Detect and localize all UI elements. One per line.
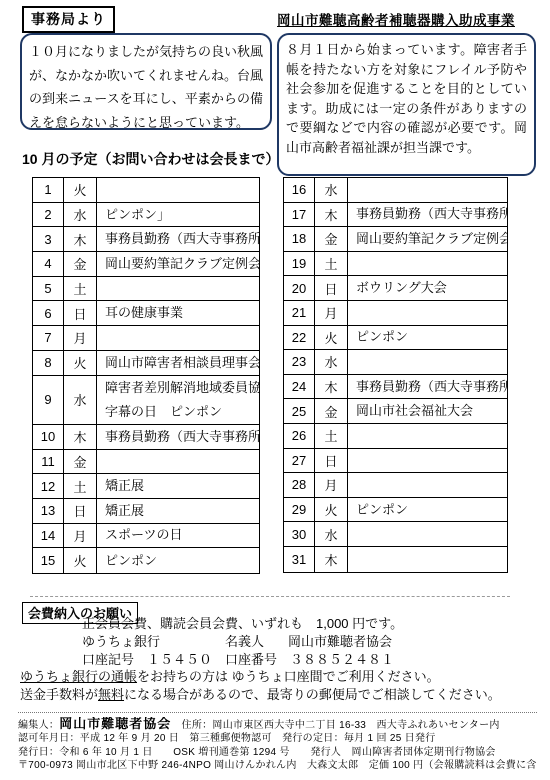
day-number-cell: 2 <box>33 203 64 227</box>
weekday-cell-text: 土 <box>73 279 86 298</box>
fees-section: 正会員会費、購読会員会費、いずれも 1,000 円です。 ゆうちょ銀行 名義人 … <box>20 615 536 704</box>
weekday-cell-text: 水 <box>73 205 86 224</box>
event-cell: 事務員勤務（西大寺事務所） <box>348 203 507 227</box>
event-cell <box>97 450 259 474</box>
separator-line <box>30 596 510 597</box>
weekday-cell-text: 火 <box>324 500 337 519</box>
event-cell-text: ピンポン <box>356 498 507 522</box>
account-number: 口座番号 ３８８５２４８１ <box>225 651 394 669</box>
event-cell: 矯正展 <box>97 499 259 523</box>
weekday-cell-text: 土 <box>73 477 86 496</box>
day-number-cell: 20 <box>284 276 315 300</box>
weekday-cell-text: 水 <box>324 525 337 544</box>
aid-note-text: ８月１日から始まっています。障害者手帳を持たない方を対象にフレイル予防や社会参加… <box>286 42 527 155</box>
day-number-cell: 22 <box>284 326 315 350</box>
weekday-cell: 月 <box>64 326 97 350</box>
schedule-row: 1火 <box>33 178 259 203</box>
weekday-cell: 火 <box>64 178 97 202</box>
day-number-cell-text: 26 <box>292 428 306 443</box>
newsletter-page: 事務局より 岡山市難聴高齢者補聴器購入助成事業 １０月になりましたが気持ちの良い… <box>0 0 550 780</box>
day-number-cell: 16 <box>284 178 315 202</box>
day-number-cell-text: 10 <box>41 429 55 444</box>
fees-note1-line: ゆうちょ銀行の通帳をお持ちの方は ゆうちょ口座間でご利用ください。 <box>20 668 536 686</box>
schedule-row: 11金 <box>33 450 259 475</box>
weekday-cell-text: 月 <box>324 475 337 494</box>
weekday-cell: 木 <box>315 547 348 572</box>
weekday-cell: 水 <box>64 376 97 424</box>
fees-note2-line: 送金手数料が無料になる場合があるので、最寄りの郵便局でご相談してください。 <box>20 686 536 704</box>
event-cell <box>97 326 259 350</box>
event-cell-text: 岡山要約筆記クラブ定例会 <box>356 227 507 251</box>
event-cell <box>348 424 507 448</box>
event-cell <box>348 522 507 546</box>
weekday-cell: 木 <box>64 227 97 251</box>
day-number-cell-text: 23 <box>292 354 306 369</box>
weekday-cell-text: 金 <box>324 229 337 248</box>
schedule-row: 23水 <box>284 350 507 375</box>
weekday-cell-text: 金 <box>324 402 337 421</box>
schedule-table-right: 16水17木事務員勤務（西大寺事務所）18金岡山要約筆記クラブ定例会19土20日… <box>283 177 508 573</box>
event-cell: 耳の健康事業 <box>97 301 259 325</box>
day-number-cell-text: 22 <box>292 330 306 345</box>
schedule-row: 22火ピンポン <box>284 326 507 351</box>
day-number-cell-text: 24 <box>292 379 306 394</box>
weekday-cell: 土 <box>64 277 97 301</box>
schedule-row: 27日 <box>284 449 507 474</box>
day-number-cell-text: 6 <box>44 306 51 321</box>
footer-line-publisher: 〒700-0973 岡山市北区下中野 246-4NPO 岡山けんかれん内 大森文… <box>18 759 537 772</box>
day-number-cell-text: 8 <box>44 355 51 370</box>
schedule-row: 3木事務員勤務（西大寺事務所） <box>33 227 259 252</box>
event-cell: ピンポン <box>348 498 507 522</box>
event-cell-text: 矯正展 <box>105 499 259 523</box>
day-number-cell-text: 16 <box>292 182 306 197</box>
schedule-row: 19土 <box>284 252 507 277</box>
day-number-cell-text: 21 <box>292 305 306 320</box>
day-number-cell: 3 <box>33 227 64 251</box>
event-cell <box>97 178 259 202</box>
weekday-cell-text: 月 <box>73 328 86 347</box>
weekday-cell-text: 金 <box>73 254 86 273</box>
weekday-cell-text: 土 <box>324 254 337 273</box>
schedule-row: 20日ボウリング大会 <box>284 276 507 301</box>
day-number-cell: 5 <box>33 277 64 301</box>
schedule-row: 26土 <box>284 424 507 449</box>
day-number-cell-text: 27 <box>292 453 306 468</box>
day-number-cell-text: 9 <box>44 392 51 407</box>
event-cell-line2: 字幕の日 ピンポン <box>105 400 259 424</box>
weekday-cell: 金 <box>315 227 348 251</box>
weekday-cell-text: 木 <box>73 427 86 446</box>
event-cell-text: 岡山市社会福祉大会 <box>356 399 507 423</box>
weekday-cell: 水 <box>64 203 97 227</box>
weekday-cell: 水 <box>315 522 348 546</box>
schedule-row: 31木 <box>284 547 507 572</box>
fees-note1-rest: をお持ちの方は ゆうちょ口座間でご利用ください。 <box>137 669 440 684</box>
schedule-title: 10 月の予定（お問い合わせは会長まで） <box>22 149 279 169</box>
aid-note-box: ８月１日から始まっています。障害者手帳を持たない方を対象にフレイル予防や社会参加… <box>277 33 536 176</box>
day-number-cell-text: 18 <box>292 231 306 246</box>
day-number-cell: 7 <box>33 326 64 350</box>
editor-name: 岡山市難聴者協会 <box>59 717 171 731</box>
bank-name: ゆうちょ銀行 <box>82 633 160 651</box>
day-number-cell: 23 <box>284 350 315 374</box>
fees-note2-pre: 送金手数料が <box>20 687 98 702</box>
fees-note1: ゆうちょ銀行の通帳をお持ちの方は ゆうちょ口座間でご利用ください。 <box>20 668 440 686</box>
day-number-cell: 13 <box>33 499 64 523</box>
event-cell-text: ピンポン」 <box>105 203 259 227</box>
event-cell: ピンポン <box>97 548 259 573</box>
event-cell: スポーツの日 <box>97 524 259 548</box>
event-cell-text: 事務員勤務（西大寺事務所） <box>105 227 259 251</box>
fees-bank-line: ゆうちょ銀行 名義人 岡山市難聴者協会 <box>20 633 536 651</box>
event-cell: 岡山要約筆記クラブ定例会 <box>348 227 507 251</box>
day-number-cell: 27 <box>284 449 315 473</box>
event-cell <box>348 178 507 202</box>
schedule-row: 28月 <box>284 473 507 498</box>
day-number-cell: 17 <box>284 203 315 227</box>
event-cell: 障害者差別解消地域委員協議会字幕の日 ピンポン <box>97 376 259 424</box>
day-number-cell-text: 31 <box>292 552 306 567</box>
editor-label: 編集人： <box>18 720 59 731</box>
day-number-cell-text: 25 <box>292 404 306 419</box>
day-number-cell-text: 4 <box>44 256 51 271</box>
fees-note2-underlined: 無料 <box>98 687 124 702</box>
weekday-cell-text: 土 <box>324 426 337 445</box>
day-number-cell-text: 19 <box>292 256 306 271</box>
weekday-cell-text: 水 <box>73 390 86 409</box>
weekday-cell: 日 <box>315 449 348 473</box>
account-symbol: 口座記号 １５４５０ <box>82 651 212 669</box>
footer-colophon: 編集人：岡山市難聴者協会 住所：岡山市東区西大寺中二丁目 16-33 西大寺ふれ… <box>18 717 537 773</box>
event-cell-text: スポーツの日 <box>105 524 259 548</box>
event-cell-text: 事務員勤務（西大寺事務所） <box>105 425 259 449</box>
weekday-cell: 土 <box>315 424 348 448</box>
event-cell: ピンポン <box>348 326 507 350</box>
weekday-cell: 火 <box>315 326 348 350</box>
weekday-cell-text: 日 <box>324 279 337 298</box>
day-number-cell: 19 <box>284 252 315 276</box>
schedule-row: 13日矯正展 <box>33 499 259 524</box>
event-cell: 岡山市社会福祉大会 <box>348 399 507 423</box>
fees-amount-line: 正会員会費、購読会員会費、いずれも 1,000 円です。 <box>20 615 536 633</box>
schedule-row: 17木事務員勤務（西大寺事務所） <box>284 203 507 228</box>
day-number-cell-text: 17 <box>292 207 306 222</box>
weekday-cell-text: 日 <box>73 501 86 520</box>
day-number-cell: 25 <box>284 399 315 423</box>
weekday-cell: 火 <box>64 548 97 573</box>
event-cell: 事務員勤務（西大寺事務所） <box>97 227 259 251</box>
office-note-text: １０月になりましたが気持ちの良い秋風が、なかなか吹いてくれませんね。台風の到来ニ… <box>29 44 263 130</box>
event-cell <box>348 301 507 325</box>
office-note-box: １０月になりましたが気持ちの良い秋風が、なかなか吹いてくれませんね。台風の到来ニ… <box>20 33 272 130</box>
schedule-row: 25金岡山市社会福祉大会 <box>284 399 507 424</box>
day-number-cell: 4 <box>33 252 64 276</box>
schedule-row: 21月 <box>284 301 507 326</box>
day-number-cell: 30 <box>284 522 315 546</box>
day-number-cell-text: 30 <box>292 527 306 542</box>
day-number-cell: 12 <box>33 474 64 498</box>
weekday-cell: 月 <box>64 524 97 548</box>
weekday-cell: 木 <box>315 203 348 227</box>
day-number-cell: 28 <box>284 473 315 497</box>
day-number-cell-text: 1 <box>44 182 51 197</box>
event-cell: 岡山市障害者相談員理事会 <box>97 351 259 375</box>
event-cell-text: 岡山要約筆記クラブ定例会 <box>105 252 259 276</box>
event-cell: 事務員勤務（西大寺事務所） <box>348 375 507 399</box>
footer-line-editor: 編集人：岡山市難聴者協会 住所：岡山市東区西大寺中二丁目 16-33 西大寺ふれ… <box>18 717 537 732</box>
weekday-cell: 木 <box>64 425 97 449</box>
weekday-cell: 金 <box>315 399 348 423</box>
footer-separator-line <box>18 712 537 713</box>
weekday-cell: 金 <box>64 252 97 276</box>
day-number-cell: 26 <box>284 424 315 448</box>
schedule-row: 4金岡山要約筆記クラブ定例会 <box>33 252 259 277</box>
schedule-row: 6日耳の健康事業 <box>33 301 259 326</box>
event-cell-text: 耳の健康事業 <box>105 301 259 325</box>
day-number-cell-text: 3 <box>44 232 51 247</box>
weekday-cell: 水 <box>315 350 348 374</box>
weekday-cell-text: 木 <box>324 205 337 224</box>
day-number-cell-text: 14 <box>41 528 55 543</box>
day-number-cell-text: 5 <box>44 281 51 296</box>
weekday-cell: 水 <box>315 178 348 202</box>
event-cell-text: ピンポン <box>105 549 259 573</box>
weekday-cell-text: 日 <box>324 451 337 470</box>
weekday-cell-text: 日 <box>73 304 86 323</box>
event-cell <box>348 449 507 473</box>
day-number-cell: 11 <box>33 450 64 474</box>
day-number-cell-text: 7 <box>44 330 51 345</box>
schedule-row: 5土 <box>33 277 259 302</box>
event-cell-text: 事務員勤務（西大寺事務所） <box>356 203 507 227</box>
fees-amount-text: 正会員会費、購読会員会費、いずれも 1,000 円です。 <box>82 615 403 633</box>
schedule-row: 30水 <box>284 522 507 547</box>
weekday-cell: 日 <box>64 499 97 523</box>
event-cell-text: ボウリング大会 <box>356 276 507 300</box>
weekday-cell-text: 木 <box>324 377 337 396</box>
fees-note2-rest: になる場合があるので、最寄りの郵便局でご相談してください。 <box>124 687 501 702</box>
weekday-cell: 月 <box>315 473 348 497</box>
day-number-cell-text: 28 <box>292 477 306 492</box>
day-number-cell: 18 <box>284 227 315 251</box>
weekday-cell-text: 火 <box>73 180 86 199</box>
holder-name: 岡山市難聴者協会 <box>288 633 392 651</box>
schedule-row: 24木事務員勤務（西大寺事務所） <box>284 375 507 400</box>
weekday-cell-text: 火 <box>73 551 86 570</box>
schedule-row: 8火岡山市障害者相談員理事会 <box>33 351 259 376</box>
day-number-cell-text: 29 <box>292 502 306 517</box>
day-number-cell: 21 <box>284 301 315 325</box>
event-cell <box>348 252 507 276</box>
weekday-cell: 土 <box>315 252 348 276</box>
footer-line-issue: 発行日：令和 6 年 10 月 1 日 OSK 増刊通巻第 1294 号 発行人… <box>18 746 537 759</box>
weekday-cell: 木 <box>315 375 348 399</box>
event-cell-text: ピンポン <box>356 326 507 350</box>
weekday-cell: 火 <box>64 351 97 375</box>
office-section-label: 事務局より <box>22 6 115 33</box>
day-number-cell-text: 12 <box>41 479 55 494</box>
footer-line-approval: 認可年月日：平成 12 年 9 月 20 日 第三種郵便物認可 発行の定日：毎月… <box>18 732 537 745</box>
weekday-cell: 月 <box>315 301 348 325</box>
event-cell: ボウリング大会 <box>348 276 507 300</box>
aid-program-title: 岡山市難聴高齢者補聴器購入助成事業 <box>277 9 515 29</box>
weekday-cell-text: 水 <box>324 352 337 371</box>
weekday-cell-text: 火 <box>324 328 337 347</box>
schedule-row: 18金岡山要約筆記クラブ定例会 <box>284 227 507 252</box>
day-number-cell: 14 <box>33 524 64 548</box>
day-number-cell: 15 <box>33 548 64 573</box>
day-number-cell-text: 13 <box>41 503 55 518</box>
schedule-row: 16水 <box>284 178 507 203</box>
day-number-cell-text: 20 <box>292 281 306 296</box>
weekday-cell: 火 <box>315 498 348 522</box>
weekday-cell-text: 金 <box>73 452 86 471</box>
event-cell <box>348 350 507 374</box>
day-number-cell: 31 <box>284 547 315 572</box>
event-cell-text: 矯正展 <box>105 474 259 498</box>
event-cell-text: 岡山市障害者相談員理事会 <box>105 351 259 375</box>
fees-account-line: 口座記号 １５４５０ 口座番号 ３８８５２４８１ <box>20 651 536 669</box>
weekday-cell-text: 水 <box>324 180 337 199</box>
holder-label: 名義人 <box>225 633 264 651</box>
event-cell <box>97 277 259 301</box>
day-number-cell: 29 <box>284 498 315 522</box>
weekday-cell: 金 <box>64 450 97 474</box>
day-number-cell-text: 11 <box>41 454 55 469</box>
day-number-cell: 9 <box>33 376 64 424</box>
event-cell-text: 事務員勤務（西大寺事務所） <box>356 375 507 399</box>
fees-note2: 送金手数料が無料になる場合があるので、最寄りの郵便局でご相談してください。 <box>20 686 501 704</box>
schedule-row: 9水障害者差別解消地域委員協議会字幕の日 ピンポン <box>33 376 259 425</box>
event-cell <box>348 547 507 572</box>
event-cell: 矯正展 <box>97 474 259 498</box>
schedule-row: 15火ピンポン <box>33 548 259 573</box>
schedule-row: 12土矯正展 <box>33 474 259 499</box>
weekday-cell: 日 <box>64 301 97 325</box>
weekday-cell-text: 木 <box>73 230 86 249</box>
weekday-cell: 土 <box>64 474 97 498</box>
footer-address: 住所：岡山市東区西大寺中二丁目 16-33 西大寺ふれあいセンター内 <box>171 720 499 731</box>
schedule-row: 29火ピンポン <box>284 498 507 523</box>
schedule-row: 10木事務員勤務（西大寺事務所） <box>33 425 259 450</box>
day-number-cell: 24 <box>284 375 315 399</box>
weekday-cell-text: 月 <box>324 303 337 322</box>
weekday-cell-text: 月 <box>73 526 86 545</box>
day-number-cell-text: 15 <box>41 553 55 568</box>
event-cell: 岡山要約筆記クラブ定例会 <box>97 252 259 276</box>
event-cell: 事務員勤務（西大寺事務所） <box>97 425 259 449</box>
weekday-cell: 日 <box>315 276 348 300</box>
event-cell-text: 障害者差別解消地域委員協議会 <box>105 376 259 400</box>
schedule-row: 14月スポーツの日 <box>33 524 259 549</box>
day-number-cell: 10 <box>33 425 64 449</box>
day-number-cell: 6 <box>33 301 64 325</box>
event-cell: ピンポン」 <box>97 203 259 227</box>
weekday-cell-text: 木 <box>324 550 337 569</box>
weekday-cell-text: 火 <box>73 353 86 372</box>
fees-note1-underlined: ゆうちょ銀行の通帳 <box>20 669 137 684</box>
day-number-cell: 1 <box>33 178 64 202</box>
schedule-row: 2水ピンポン」 <box>33 203 259 228</box>
event-cell <box>348 473 507 497</box>
schedule-table-left: 1火2水ピンポン」3木事務員勤務（西大寺事務所）4金岡山要約筆記クラブ定例会5土… <box>32 177 260 574</box>
schedule-row: 7月 <box>33 326 259 351</box>
day-number-cell-text: 2 <box>44 207 51 222</box>
day-number-cell: 8 <box>33 351 64 375</box>
